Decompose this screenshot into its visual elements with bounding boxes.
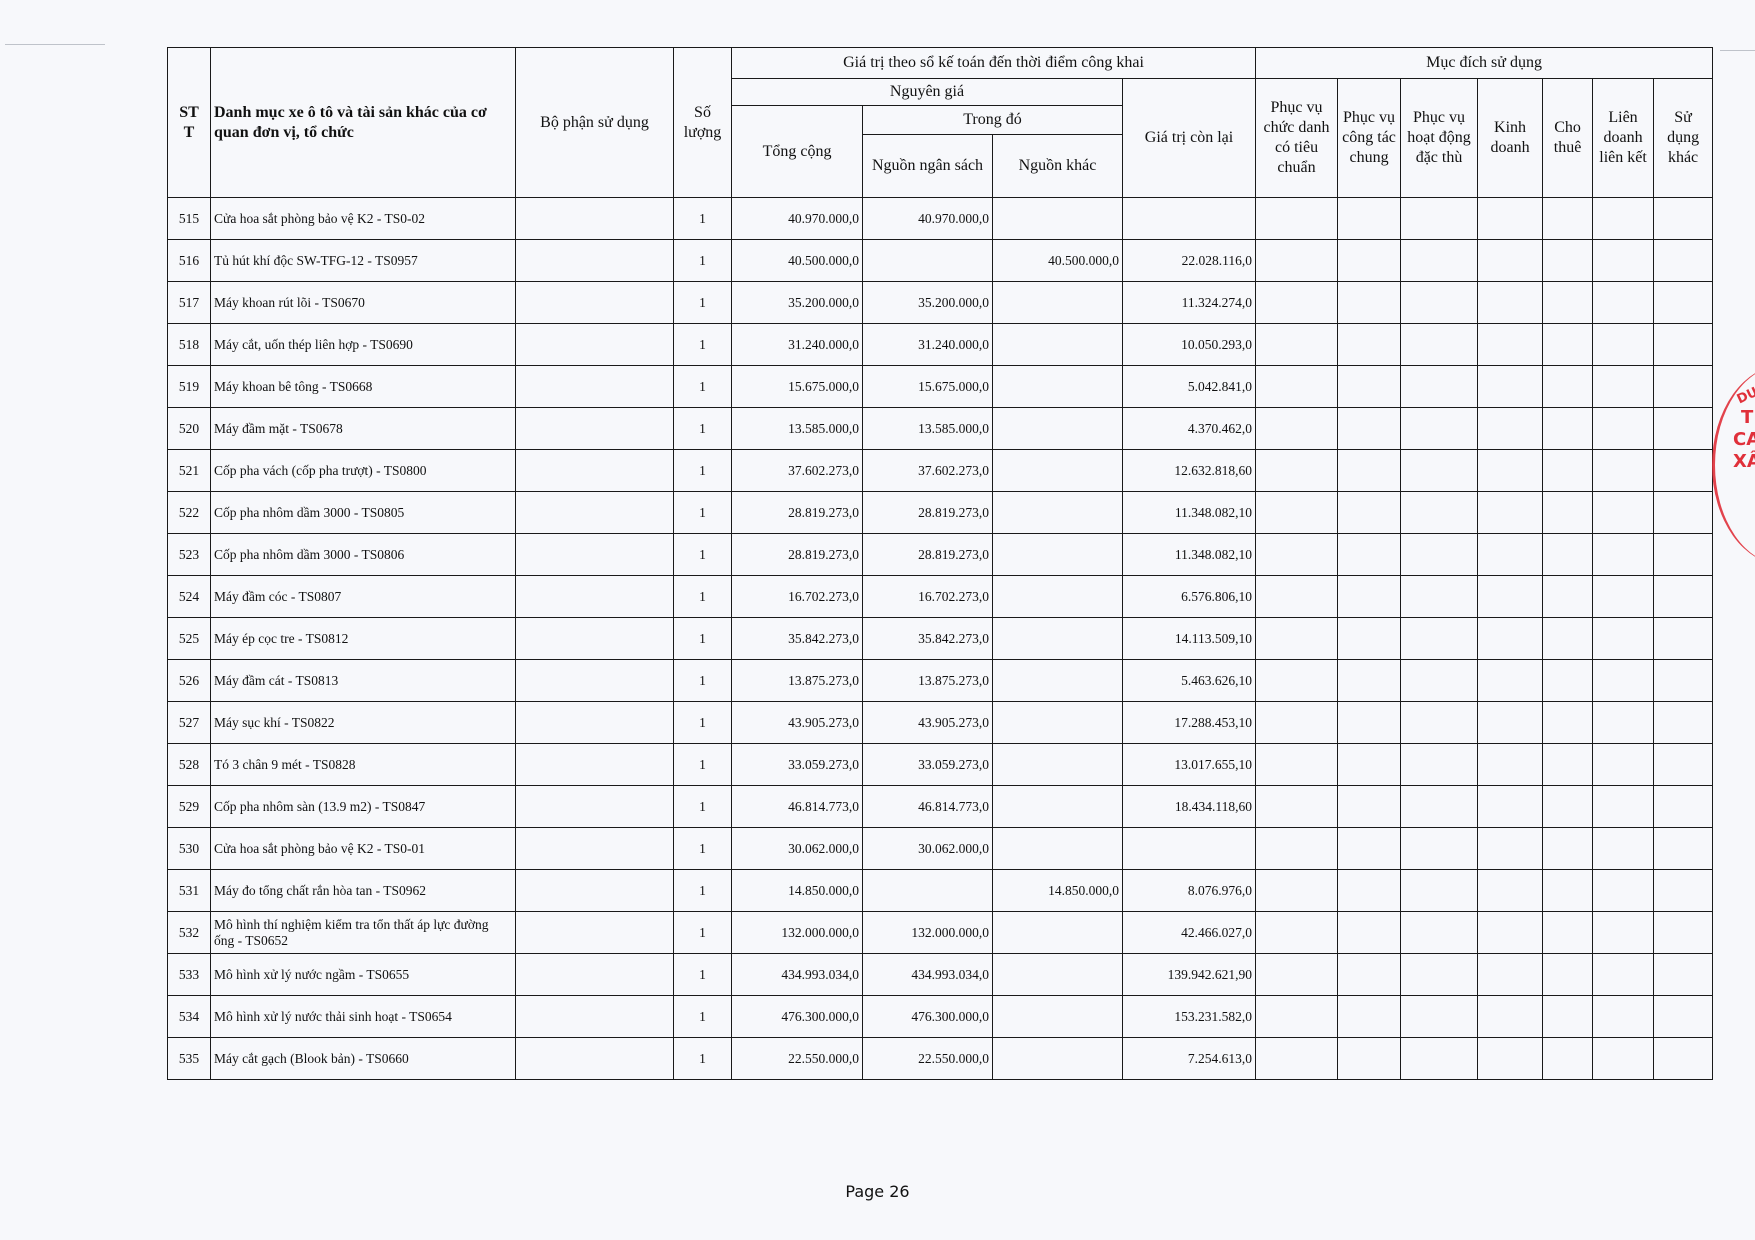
header-stt: STT: [168, 48, 211, 198]
table-row: 530Cửa hoa sắt phòng bảo vệ K2 - TS0-011…: [168, 828, 1713, 870]
row-other-source: [993, 912, 1123, 954]
row-purpose-cell: [1401, 576, 1478, 618]
row-purpose-cell: [1654, 534, 1713, 576]
table-row: 534Mô hình xử lý nước thải sinh hoạt - T…: [168, 996, 1713, 1038]
row-stt: 520: [168, 408, 211, 450]
row-remaining-value: 6.576.806,10: [1123, 576, 1256, 618]
row-purpose-cell: [1543, 1038, 1593, 1080]
row-remaining-value: 7.254.613,0: [1123, 1038, 1256, 1080]
row-purpose-cell: [1401, 240, 1478, 282]
row-other-source: [993, 828, 1123, 870]
row-other-source: [993, 576, 1123, 618]
row-purpose-cell: [1543, 534, 1593, 576]
row-purpose-cell: [1654, 408, 1713, 450]
row-other-source: [993, 324, 1123, 366]
row-purpose-cell: [1478, 912, 1543, 954]
row-asset-name: Cốp pha nhôm dầm 3000 - TS0806: [211, 534, 516, 576]
row-budget-source: 37.602.273,0: [863, 450, 993, 492]
row-purpose-cell: [1543, 912, 1593, 954]
row-remaining-value: [1123, 828, 1256, 870]
row-department: [516, 492, 674, 534]
row-purpose-cell: [1593, 828, 1654, 870]
row-asset-name: Máy sục khí - TS0822: [211, 702, 516, 744]
table-row: 531Máy đo tổng chất rắn hòa tan - TS0962…: [168, 870, 1713, 912]
row-purpose-cell: [1401, 786, 1478, 828]
row-other-source: [993, 660, 1123, 702]
row-stt: 527: [168, 702, 211, 744]
row-budget-source: 15.675.000,0: [863, 366, 993, 408]
row-purpose-cell: [1338, 576, 1401, 618]
row-remaining-value: 4.370.462,0: [1123, 408, 1256, 450]
row-quantity: 1: [674, 282, 732, 324]
row-purpose-cell: [1401, 324, 1478, 366]
row-remaining-value: [1123, 198, 1256, 240]
row-other-source: [993, 702, 1123, 744]
table-row: 525Máy ép cọc tre - TS0812135.842.273,03…: [168, 618, 1713, 660]
row-total: 434.993.034,0: [732, 954, 863, 996]
row-purpose-cell: [1654, 660, 1713, 702]
row-purpose-cell: [1478, 324, 1543, 366]
row-purpose-cell: [1654, 912, 1713, 954]
row-purpose-cell: [1256, 702, 1338, 744]
row-other-source: 14.850.000,0: [993, 870, 1123, 912]
row-other-source: [993, 744, 1123, 786]
row-asset-name: Máy đo tổng chất rắn hòa tan - TS0962: [211, 870, 516, 912]
row-other-source: [993, 786, 1123, 828]
row-quantity: 1: [674, 408, 732, 450]
row-department: [516, 282, 674, 324]
row-stt: 523: [168, 534, 211, 576]
row-purpose-cell: [1543, 408, 1593, 450]
row-total: 37.602.273,0: [732, 450, 863, 492]
row-purpose-cell: [1593, 282, 1654, 324]
row-purpose-cell: [1593, 618, 1654, 660]
row-purpose-cell: [1593, 1038, 1654, 1080]
row-purpose-cell: [1401, 198, 1478, 240]
row-department: [516, 618, 674, 660]
row-purpose-cell: [1401, 912, 1478, 954]
row-purpose-cell: [1338, 534, 1401, 576]
row-total: 132.000.000,0: [732, 912, 863, 954]
row-purpose-cell: [1401, 492, 1478, 534]
row-remaining-value: 42.466.027,0: [1123, 912, 1256, 954]
row-budget-source: 40.970.000,0: [863, 198, 993, 240]
row-remaining-value: 11.324.274,0: [1123, 282, 1256, 324]
row-purpose-cell: [1654, 1038, 1713, 1080]
row-quantity: 1: [674, 660, 732, 702]
row-purpose-cell: [1338, 492, 1401, 534]
row-quantity: 1: [674, 786, 732, 828]
row-remaining-value: 22.028.116,0: [1123, 240, 1256, 282]
row-total: 13.875.273,0: [732, 660, 863, 702]
row-purpose-cell: [1654, 786, 1713, 828]
row-purpose-cell: [1401, 408, 1478, 450]
table-row: 535Máy cắt gạch (Blook bản) - TS0660122.…: [168, 1038, 1713, 1080]
row-stt: 532: [168, 912, 211, 954]
row-asset-name: Cốp pha vách (cốp pha trượt) - TS0800: [211, 450, 516, 492]
row-purpose-cell: [1593, 534, 1654, 576]
row-purpose-cell: [1338, 786, 1401, 828]
row-asset-name: Mô hình xử lý nước ngầm - TS0655: [211, 954, 516, 996]
row-purpose-cell: [1654, 870, 1713, 912]
row-purpose-cell: [1593, 198, 1654, 240]
row-purpose-cell: [1654, 324, 1713, 366]
row-department: [516, 744, 674, 786]
row-purpose-cell: [1338, 618, 1401, 660]
header-purpose-business: Kinh doanh: [1478, 79, 1543, 198]
row-purpose-cell: [1256, 618, 1338, 660]
row-purpose-cell: [1543, 198, 1593, 240]
row-quantity: 1: [674, 870, 732, 912]
row-purpose-cell: [1256, 240, 1338, 282]
row-asset-name: Máy ép cọc tre - TS0812: [211, 618, 516, 660]
row-purpose-cell: [1401, 366, 1478, 408]
row-department: [516, 366, 674, 408]
row-purpose-cell: [1256, 954, 1338, 996]
row-purpose-cell: [1543, 324, 1593, 366]
table-row: 517Máy khoan rút lõi - TS0670135.200.000…: [168, 282, 1713, 324]
row-total: 13.585.000,0: [732, 408, 863, 450]
row-remaining-value: 5.463.626,10: [1123, 660, 1256, 702]
header-purpose-general: Phục vụ công tác chung: [1338, 79, 1401, 198]
table-row: 523Cốp pha nhôm dầm 3000 - TS0806128.819…: [168, 534, 1713, 576]
row-purpose-cell: [1401, 996, 1478, 1038]
row-purpose-cell: [1593, 408, 1654, 450]
row-purpose-cell: [1543, 366, 1593, 408]
row-asset-name: Cửa hoa sắt phòng bảo vệ K2 - TS0-02: [211, 198, 516, 240]
row-purpose-cell: [1338, 324, 1401, 366]
row-purpose-cell: [1478, 576, 1543, 618]
row-purpose-cell: [1256, 828, 1338, 870]
row-department: [516, 912, 674, 954]
row-purpose-cell: [1593, 996, 1654, 1038]
row-remaining-value: 18.434.118,60: [1123, 786, 1256, 828]
row-stt: 526: [168, 660, 211, 702]
row-quantity: 1: [674, 996, 732, 1038]
row-purpose-cell: [1593, 954, 1654, 996]
table-row: 518Máy cắt, uốn thép liên hợp - TS069013…: [168, 324, 1713, 366]
row-purpose-cell: [1256, 408, 1338, 450]
header-value-group: Giá trị theo sổ kế toán đến thời điểm cô…: [732, 48, 1256, 79]
row-purpose-cell: [1654, 282, 1713, 324]
row-stt: 535: [168, 1038, 211, 1080]
row-quantity: 1: [674, 1038, 732, 1080]
row-purpose-cell: [1338, 954, 1401, 996]
row-remaining-value: 14.113.509,10: [1123, 618, 1256, 660]
row-department: [516, 240, 674, 282]
row-budget-source: 46.814.773,0: [863, 786, 993, 828]
header-other-source: Nguồn khác: [993, 135, 1123, 198]
row-purpose-cell: [1654, 450, 1713, 492]
row-stt: 528: [168, 744, 211, 786]
row-other-source: [993, 366, 1123, 408]
row-purpose-cell: [1401, 1038, 1478, 1080]
row-purpose-cell: [1543, 786, 1593, 828]
row-budget-source: 22.550.000,0: [863, 1038, 993, 1080]
header-asset-name: Danh mục xe ô tô và tài sản khác của cơ …: [211, 48, 516, 198]
row-department: [516, 1038, 674, 1080]
row-budget-source: 13.585.000,0: [863, 408, 993, 450]
row-budget-source: 13.875.273,0: [863, 660, 993, 702]
row-quantity: 1: [674, 576, 732, 618]
row-purpose-cell: [1338, 1038, 1401, 1080]
row-total: 14.850.000,0: [732, 870, 863, 912]
row-remaining-value: 5.042.841,0: [1123, 366, 1256, 408]
row-quantity: 1: [674, 618, 732, 660]
row-stt: 517: [168, 282, 211, 324]
row-asset-name: Cốp pha nhôm dầm 3000 - TS0805: [211, 492, 516, 534]
row-purpose-cell: [1256, 870, 1338, 912]
table-row: 524Máy đầm cóc - TS0807116.702.273,016.7…: [168, 576, 1713, 618]
row-department: [516, 660, 674, 702]
row-department: [516, 324, 674, 366]
row-other-source: [993, 198, 1123, 240]
row-purpose-cell: [1478, 660, 1543, 702]
row-purpose-cell: [1543, 954, 1593, 996]
row-purpose-cell: [1338, 828, 1401, 870]
row-purpose-cell: [1478, 282, 1543, 324]
row-purpose-cell: [1338, 996, 1401, 1038]
header-purpose-joint-venture: Liên doanh liên kết: [1593, 79, 1654, 198]
row-total: 476.300.000,0: [732, 996, 863, 1038]
row-quantity: 1: [674, 534, 732, 576]
row-budget-source: 16.702.273,0: [863, 576, 993, 618]
table-row: 528Tó 3 chân 9 mét - TS0828133.059.273,0…: [168, 744, 1713, 786]
row-total: 30.062.000,0: [732, 828, 863, 870]
row-purpose-cell: [1256, 450, 1338, 492]
row-purpose-cell: [1338, 198, 1401, 240]
row-purpose-cell: [1338, 870, 1401, 912]
header-purpose-other: Sử dụng khác: [1654, 79, 1713, 198]
row-quantity: 1: [674, 324, 732, 366]
row-quantity: 1: [674, 366, 732, 408]
table-row: 520Máy đầm mặt - TS0678113.585.000,013.5…: [168, 408, 1713, 450]
row-quantity: 1: [674, 828, 732, 870]
table-row: 527Máy sục khí - TS0822143.905.273,043.9…: [168, 702, 1713, 744]
row-asset-name: Máy khoan rút lõi - TS0670: [211, 282, 516, 324]
row-quantity: 1: [674, 198, 732, 240]
row-department: [516, 534, 674, 576]
row-purpose-cell: [1256, 534, 1338, 576]
row-purpose-cell: [1543, 702, 1593, 744]
row-purpose-cell: [1593, 450, 1654, 492]
row-purpose-cell: [1478, 996, 1543, 1038]
row-quantity: 1: [674, 450, 732, 492]
row-purpose-cell: [1401, 282, 1478, 324]
row-remaining-value: 10.050.293,0: [1123, 324, 1256, 366]
row-total: 40.970.000,0: [732, 198, 863, 240]
row-department: [516, 786, 674, 828]
row-purpose-cell: [1478, 828, 1543, 870]
row-remaining-value: 11.348.082,10: [1123, 492, 1256, 534]
row-purpose-cell: [1593, 786, 1654, 828]
table-row: 515Cửa hoa sắt phòng bảo vệ K2 - TS0-021…: [168, 198, 1713, 240]
row-department: [516, 576, 674, 618]
table-row: 516Tủ hút khí độc SW-TFG-12 - TS0957140.…: [168, 240, 1713, 282]
row-stt: 516: [168, 240, 211, 282]
row-total: 43.905.273,0: [732, 702, 863, 744]
table-row: 519Máy khoan bê tông - TS0668115.675.000…: [168, 366, 1713, 408]
row-purpose-cell: [1256, 198, 1338, 240]
header-total: Tổng cộng: [732, 106, 863, 198]
row-purpose-cell: [1654, 366, 1713, 408]
row-budget-source: 28.819.273,0: [863, 534, 993, 576]
row-other-source: [993, 618, 1123, 660]
row-purpose-cell: [1654, 744, 1713, 786]
header-purpose-group: Mục đích sử dụng: [1256, 48, 1713, 79]
row-purpose-cell: [1478, 240, 1543, 282]
row-purpose-cell: [1654, 576, 1713, 618]
row-purpose-cell: [1338, 702, 1401, 744]
row-purpose-cell: [1338, 450, 1401, 492]
row-purpose-cell: [1338, 408, 1401, 450]
row-remaining-value: 153.231.582,0: [1123, 996, 1256, 1038]
row-purpose-cell: [1543, 492, 1593, 534]
row-purpose-cell: [1543, 828, 1593, 870]
row-purpose-cell: [1593, 492, 1654, 534]
row-remaining-value: 13.017.655,10: [1123, 744, 1256, 786]
row-department: [516, 954, 674, 996]
row-quantity: 1: [674, 912, 732, 954]
row-purpose-cell: [1401, 744, 1478, 786]
row-purpose-cell: [1478, 744, 1543, 786]
scan-artifact: [1720, 50, 1755, 51]
row-asset-name: Máy cắt, uốn thép liên hợp - TS0690: [211, 324, 516, 366]
row-total: 28.819.273,0: [732, 534, 863, 576]
row-purpose-cell: [1593, 576, 1654, 618]
row-department: [516, 702, 674, 744]
row-remaining-value: 8.076.976,0: [1123, 870, 1256, 912]
row-purpose-cell: [1543, 576, 1593, 618]
row-other-source: [993, 450, 1123, 492]
row-purpose-cell: [1543, 870, 1593, 912]
row-other-source: [993, 996, 1123, 1038]
header-purpose-standard: Phục vụ chức danh có tiêu chuẩn: [1256, 79, 1338, 198]
row-budget-source: 132.000.000,0: [863, 912, 993, 954]
row-purpose-cell: [1478, 408, 1543, 450]
row-remaining-value: 139.942.621,90: [1123, 954, 1256, 996]
row-purpose-cell: [1256, 366, 1338, 408]
row-purpose-cell: [1256, 786, 1338, 828]
row-purpose-cell: [1593, 870, 1654, 912]
row-stt: 534: [168, 996, 211, 1038]
row-purpose-cell: [1401, 618, 1478, 660]
row-purpose-cell: [1256, 492, 1338, 534]
row-quantity: 1: [674, 240, 732, 282]
row-purpose-cell: [1338, 366, 1401, 408]
row-asset-name: Máy khoan bê tông - TS0668: [211, 366, 516, 408]
row-budget-source: 30.062.000,0: [863, 828, 993, 870]
stamp-text: DU T CA XÂ: [1733, 385, 1755, 473]
row-purpose-cell: [1543, 660, 1593, 702]
row-purpose-cell: [1256, 744, 1338, 786]
row-budget-source: [863, 240, 993, 282]
row-asset-name: Mô hình xử lý nước thải sinh hoạt - TS06…: [211, 996, 516, 1038]
row-stt: 522: [168, 492, 211, 534]
row-purpose-cell: [1543, 618, 1593, 660]
row-department: [516, 450, 674, 492]
row-asset-name: Mô hình thí nghiệm kiểm tra tổn thất áp …: [211, 912, 516, 954]
row-stt: 530: [168, 828, 211, 870]
row-purpose-cell: [1543, 744, 1593, 786]
row-purpose-cell: [1401, 870, 1478, 912]
row-department: [516, 408, 674, 450]
row-purpose-cell: [1593, 366, 1654, 408]
row-asset-name: Cửa hoa sắt phòng bảo vệ K2 - TS0-01: [211, 828, 516, 870]
row-other-source: [993, 1038, 1123, 1080]
row-other-source: [993, 954, 1123, 996]
row-purpose-cell: [1478, 198, 1543, 240]
page-number: Page 26: [0, 1182, 1755, 1201]
row-stt: 515: [168, 198, 211, 240]
row-budget-source: 35.842.273,0: [863, 618, 993, 660]
table-row: 533Mô hình xử lý nước ngầm - TS06551434.…: [168, 954, 1713, 996]
row-quantity: 1: [674, 744, 732, 786]
row-purpose-cell: [1401, 702, 1478, 744]
row-purpose-cell: [1338, 660, 1401, 702]
row-purpose-cell: [1401, 450, 1478, 492]
row-budget-source: 434.993.034,0: [863, 954, 993, 996]
row-purpose-cell: [1478, 870, 1543, 912]
header-original-price: Nguyên giá: [732, 79, 1123, 106]
row-total: 15.675.000,0: [732, 366, 863, 408]
row-stt: 524: [168, 576, 211, 618]
row-total: 28.819.273,0: [732, 492, 863, 534]
row-other-source: [993, 492, 1123, 534]
table-row: 526Máy đầm cát - TS0813113.875.273,013.8…: [168, 660, 1713, 702]
row-department: [516, 996, 674, 1038]
row-budget-source: 28.819.273,0: [863, 492, 993, 534]
row-asset-name: Máy cắt gạch (Blook bản) - TS0660: [211, 1038, 516, 1080]
row-purpose-cell: [1478, 492, 1543, 534]
row-department: [516, 198, 674, 240]
row-purpose-cell: [1543, 282, 1593, 324]
row-stt: 525: [168, 618, 211, 660]
row-remaining-value: 17.288.453,10: [1123, 702, 1256, 744]
row-purpose-cell: [1256, 996, 1338, 1038]
row-purpose-cell: [1256, 324, 1338, 366]
row-budget-source: 33.059.273,0: [863, 744, 993, 786]
row-purpose-cell: [1654, 954, 1713, 996]
header-purpose-lease: Cho thuê: [1543, 79, 1593, 198]
row-quantity: 1: [674, 702, 732, 744]
row-purpose-cell: [1338, 240, 1401, 282]
row-other-source: 40.500.000,0: [993, 240, 1123, 282]
row-purpose-cell: [1401, 954, 1478, 996]
row-total: 35.842.273,0: [732, 618, 863, 660]
row-budget-source: 476.300.000,0: [863, 996, 993, 1038]
row-department: [516, 870, 674, 912]
row-purpose-cell: [1401, 660, 1478, 702]
row-quantity: 1: [674, 954, 732, 996]
row-purpose-cell: [1654, 240, 1713, 282]
row-department: [516, 828, 674, 870]
row-purpose-cell: [1478, 366, 1543, 408]
row-purpose-cell: [1256, 660, 1338, 702]
row-purpose-cell: [1256, 1038, 1338, 1080]
row-purpose-cell: [1256, 912, 1338, 954]
row-purpose-cell: [1593, 744, 1654, 786]
row-purpose-cell: [1478, 702, 1543, 744]
row-asset-name: Tó 3 chân 9 mét - TS0828: [211, 744, 516, 786]
table-row: 522Cốp pha nhôm dầm 3000 - TS0805128.819…: [168, 492, 1713, 534]
row-purpose-cell: [1593, 324, 1654, 366]
header-remaining-value: Giá trị còn lại: [1123, 79, 1256, 198]
table-body: 515Cửa hoa sắt phòng bảo vệ K2 - TS0-021…: [168, 198, 1713, 1080]
row-asset-name: Cốp pha nhôm sàn (13.9 m2) - TS0847: [211, 786, 516, 828]
row-purpose-cell: [1654, 198, 1713, 240]
row-total: 40.500.000,0: [732, 240, 863, 282]
